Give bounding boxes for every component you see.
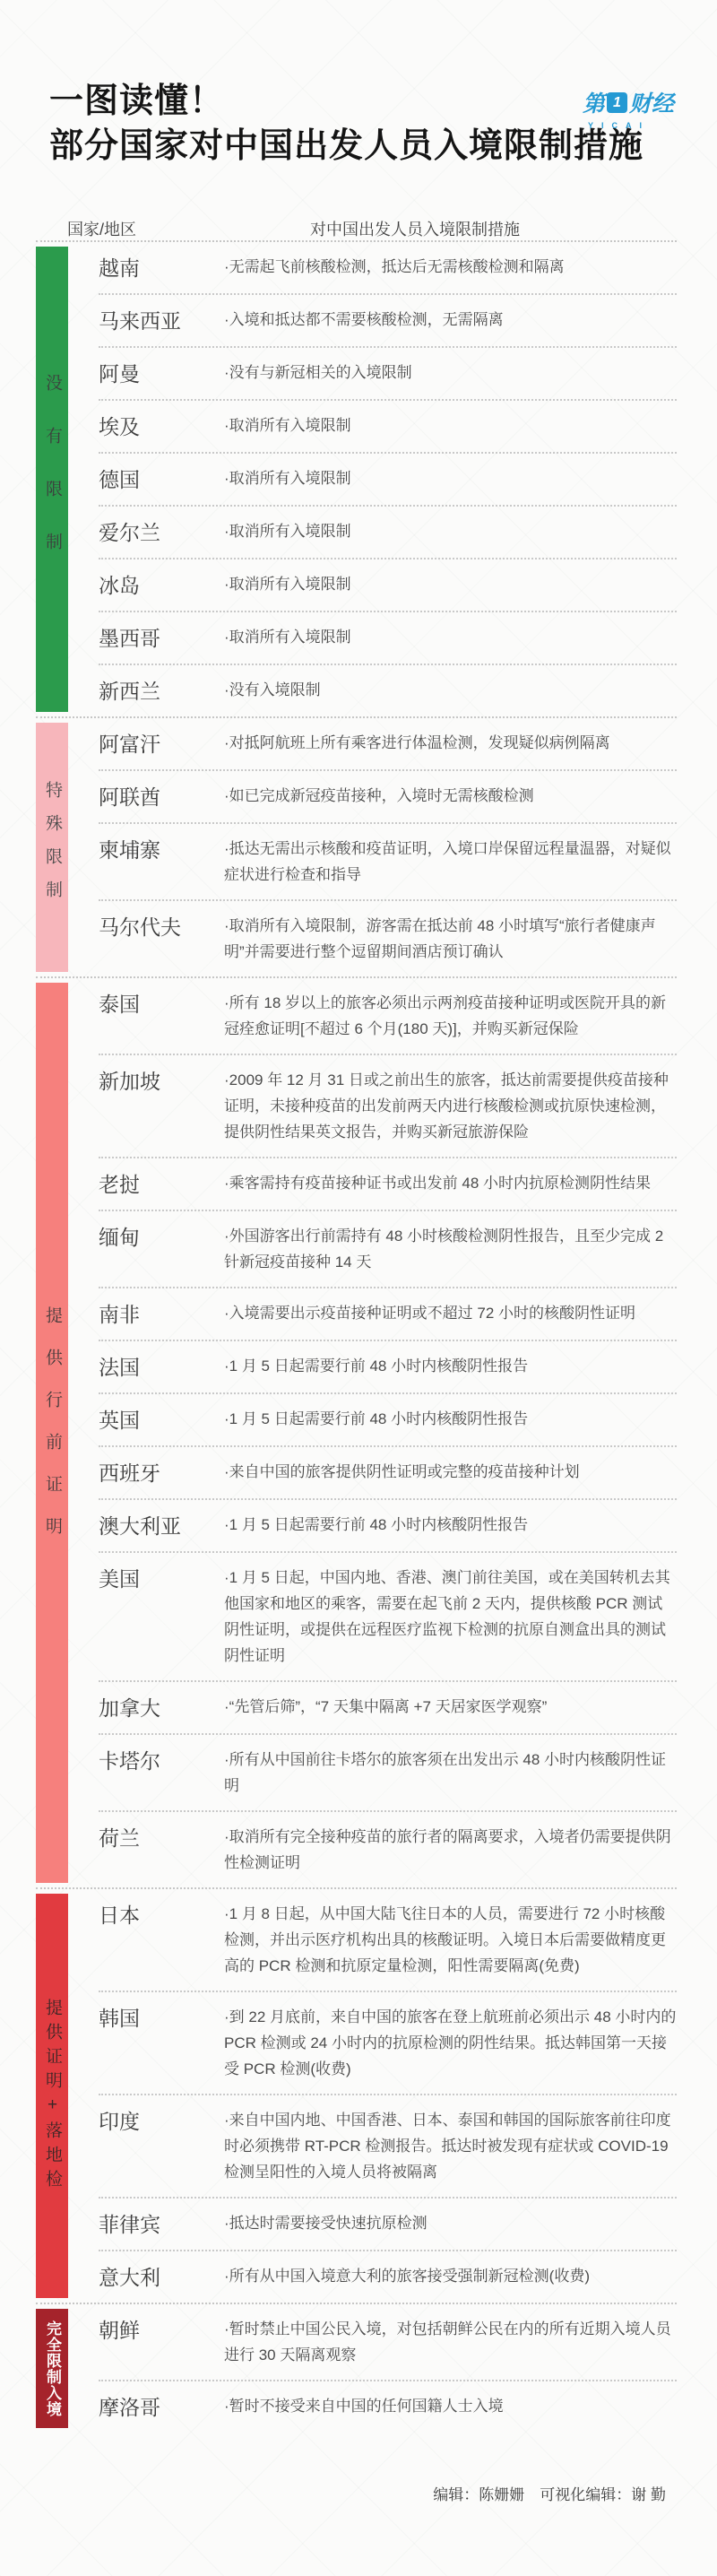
country-name: 阿曼 <box>99 360 224 387</box>
table-row: 爱尔兰·取消所有入境限制 <box>99 505 677 558</box>
table-row: 越南·无需起飞前核酸检测，抵达后无需核酸检测和隔离 <box>99 242 677 293</box>
restriction-desc: ·暂时禁止中国公民入境，对包括朝鲜公民在内的所有近期入境人员进行 30 天隔离观… <box>224 2316 677 2368</box>
restriction-desc: ·来自中国的旅客提供阴性证明或完整的疫苗接种计划 <box>224 1459 677 1485</box>
credits-text: 编辑：陈姗姗 可视化编辑：谢 勤 <box>433 2486 666 2503</box>
section-category-bar: 提供行前证明 <box>36 983 68 1883</box>
restriction-desc: ·到 22 月底前，来自中国的旅客在登上航班前必须出示 48 小时内的 PCR … <box>224 2004 677 2082</box>
table-row: 卡塔尔·所有从中国前往卡塔尔的旅客须在出发出示 48 小时内核酸阴性证明 <box>99 1733 677 1810</box>
country-name: 老挝 <box>99 1170 224 1198</box>
country-name: 埃及 <box>99 412 224 440</box>
table-row: 摩洛哥·暂时不接受来自中国的任何国籍人士入境 <box>99 2380 677 2433</box>
section-category-bar: 完全限制入境 <box>36 2309 68 2428</box>
restriction-desc: ·取消所有入境限制 <box>224 518 677 544</box>
restriction-desc: ·无需起飞前核酸检测，抵达后无需核酸检测和隔离 <box>224 254 677 280</box>
yicai-logo-text: 第 1 财经 <box>583 86 674 118</box>
country-name: 马尔代夫 <box>99 913 224 941</box>
restriction-desc: ·取消所有入境限制，游客需在抵达前 48 小时填写“旅行者健康声明”并需要进行整… <box>224 913 677 965</box>
country-name: 墨西哥 <box>99 624 224 652</box>
table-row: 老挝·乘客需持有疫苗接种证书或出发前 48 小时内抗原检测阴性结果 <box>99 1157 677 1210</box>
section-category-label: 提供行前证明 <box>36 1306 68 1559</box>
restriction-desc: ·抵达时需要接受快速抗原检测 <box>224 2210 677 2236</box>
header: 第 1 财经 YICAI 一图读懂！ 部分国家对中国出发人员入境限制措施 国家/… <box>0 0 717 240</box>
restriction-desc: ·1 月 5 日起需要行前 48 小时内核酸阴性报告 <box>224 1406 677 1432</box>
table-row: 西班牙·来自中国的旅客提供阴性证明或完整的疫苗接种计划 <box>99 1445 677 1498</box>
restriction-desc: ·入境和抵达都不需要核酸检测，无需隔离 <box>224 307 677 333</box>
country-name: 澳大利亚 <box>99 1512 224 1540</box>
section-category-label: 完全限制入境 <box>36 2320 68 2417</box>
country-name: 爱尔兰 <box>99 518 224 546</box>
country-name: 越南 <box>99 254 224 282</box>
table-row: 荷兰·取消所有完全接种疫苗的旅行者的隔离要求，入境者仍需要提供阴性检测证明 <box>99 1810 677 1887</box>
section-category-bar: 提供证明+落地检 <box>36 1894 68 2298</box>
table-row: 阿富汗·对抵阿航班上所有乘客进行体温检测，发现疑似病例隔离 <box>99 718 677 769</box>
country-name: 摩洛哥 <box>99 2393 224 2421</box>
restriction-desc: ·取消所有完全接种疫苗的旅行者的隔离要求，入境者仍需要提供阴性检测证明 <box>224 1824 677 1876</box>
table-row: 美国·1 月 5 日起，中国内地、香港、澳门前往美国，或在美国转机去其他国家和地… <box>99 1551 677 1680</box>
restriction-desc: ·来自中国内地、中国香港、日本、泰国和韩国的国际旅客前往印度时必须携带 RT-P… <box>224 2107 677 2185</box>
table-row: 柬埔寨·抵达无需出示核酸和疫苗证明，入境口岸保留远程量温器，对疑似症状进行检查和… <box>99 822 677 899</box>
country-name: 泰国 <box>99 990 224 1018</box>
section-category-bar: 没有限制 <box>36 247 68 712</box>
table-row: 印度·来自中国内地、中国香港、日本、泰国和韩国的国际旅客前往印度时必须携带 RT… <box>99 2094 677 2197</box>
country-name: 菲律宾 <box>99 2210 224 2238</box>
country-name: 柬埔寨 <box>99 836 224 863</box>
table-row: 南非·入境需要出示疫苗接种证明或不超过 72 小时的核酸阴性证明 <box>99 1287 677 1340</box>
table-row: 加拿大·“先管后筛”，“7 天集中隔离 +7 天居家医学观察” <box>99 1680 677 1733</box>
restriction-desc: ·对抵阿航班上所有乘客进行体温检测，发现疑似病例隔离 <box>224 730 677 756</box>
section-3: 提供行前证明泰国·所有 18 岁以上的旅客必须出示两剂疫苗接种证明或医院开具的新… <box>36 976 677 1887</box>
restriction-desc: ·取消所有入境限制 <box>224 412 677 438</box>
table-row: 泰国·所有 18 岁以上的旅客必须出示两剂疫苗接种证明或医院开具的新冠痊愈证明[… <box>99 978 677 1054</box>
country-name: 意大利 <box>99 2263 224 2291</box>
country-name: 印度 <box>99 2107 224 2135</box>
yicai-logo-subtext: YICAI <box>583 121 674 130</box>
section-category-label: 提供证明+落地检 <box>36 1999 68 2194</box>
logo-char-right: 财经 <box>629 86 674 118</box>
logo-mark-icon: 1 <box>607 92 627 113</box>
infographic-page: 第 1 财经 YICAI 一图读懂！ 部分国家对中国出发人员入境限制措施 国家/… <box>0 0 717 2576</box>
restriction-desc: ·外国游客出行前需持有 48 小时核酸检测阴性报告，且至少完成 2 针新冠疫苗接… <box>224 1223 677 1275</box>
title-line-2: 部分国家对中国出发人员入境限制措施 <box>49 124 677 169</box>
country-name: 冰岛 <box>99 571 224 599</box>
country-name: 马来西亚 <box>99 307 224 334</box>
country-name: 西班牙 <box>99 1459 224 1487</box>
column-header-measures: 对中国出发人员入境限制措施 <box>310 217 520 240</box>
table-row: 阿联酋·如已完成新冠疫苗接种，入境时无需核酸检测 <box>99 769 677 822</box>
country-name: 法国 <box>99 1353 224 1381</box>
country-name: 新西兰 <box>99 677 224 705</box>
table-row: 法国·1 月 5 日起需要行前 48 小时内核酸阴性报告 <box>99 1340 677 1392</box>
restriction-desc: ·所有从中国入境意大利的旅客接受强制新冠检测(收费) <box>224 2263 677 2289</box>
section-category-label: 特殊限制 <box>36 781 68 914</box>
column-header-country: 国家/地区 <box>67 217 136 240</box>
restriction-desc: ·没有与新冠相关的入境限制 <box>224 360 677 386</box>
table-row: 澳大利亚·1 月 5 日起需要行前 48 小时内核酸阴性报告 <box>99 1498 677 1551</box>
country-name: 英国 <box>99 1406 224 1434</box>
restriction-desc: ·乘客需持有疫苗接种证书或出发前 48 小时内抗原检测阴性结果 <box>224 1170 677 1196</box>
footer: 编辑：陈姗姗 可视化编辑：谢 勤 <box>0 2433 717 2576</box>
restriction-desc: ·1 月 5 日起，中国内地、香港、澳门前往美国，或在美国转机去其他国家和地区的… <box>224 1565 677 1669</box>
country-name: 卡塔尔 <box>99 1747 224 1774</box>
table-row: 埃及·取消所有入境限制 <box>99 399 677 452</box>
table-row: 阿曼·没有与新冠相关的入境限制 <box>99 346 677 399</box>
restriction-desc: ·如已完成新冠疫苗接种，入境时无需核酸检测 <box>224 783 677 809</box>
table-row: 意大利·所有从中国入境意大利的旅客接受强制新冠检测(收费) <box>99 2250 677 2303</box>
restriction-desc: ·所有从中国前往卡塔尔的旅客须在出发出示 48 小时内核酸阴性证明 <box>224 1747 677 1799</box>
section-5: 完全限制入境朝鲜·暂时禁止中国公民入境，对包括朝鲜公民在内的所有近期入境人员进行… <box>36 2303 677 2433</box>
restrictions-table: 没有限制越南·无需起飞前核酸检测，抵达后无需核酸检测和隔离马来西亚·入境和抵达都… <box>0 240 717 2433</box>
table-column-headers: 国家/地区 对中国出发人员入境限制措施 <box>49 217 677 240</box>
country-name: 荷兰 <box>99 1824 224 1852</box>
table-row: 马尔代夫·取消所有入境限制，游客需在抵达前 48 小时填写“旅行者健康声明”并需… <box>99 899 677 976</box>
section-category-bar: 特殊限制 <box>36 723 68 972</box>
country-name: 美国 <box>99 1565 224 1592</box>
country-name: 阿联酋 <box>99 783 224 811</box>
table-row: 德国·取消所有入境限制 <box>99 452 677 505</box>
section-4: 提供证明+落地检日本·1 月 8 日起，从中国大陆飞往日本的人员，需要进行 72… <box>36 1887 677 2303</box>
table-row: 朝鲜·暂时禁止中国公民入境，对包括朝鲜公民在内的所有近期入境人员进行 30 天隔… <box>99 2304 677 2380</box>
table-row: 马来西亚·入境和抵达都不需要核酸检测，无需隔离 <box>99 293 677 346</box>
restriction-desc: ·暂时不接受来自中国的任何国籍人士入境 <box>224 2393 677 2419</box>
table-row: 缅甸·外国游客出行前需持有 48 小时核酸检测阴性报告，且至少完成 2 针新冠疫… <box>99 1210 677 1287</box>
restriction-desc: ·没有入境限制 <box>224 677 677 703</box>
country-name: 南非 <box>99 1300 224 1328</box>
table-row: 日本·1 月 8 日起，从中国大陆飞往日本的人员，需要进行 72 小时核酸检测，… <box>99 1889 677 1991</box>
country-name: 德国 <box>99 465 224 493</box>
restriction-desc: ·所有 18 岁以上的旅客必须出示两剂疫苗接种证明或医院开具的新冠痊愈证明[不超… <box>224 990 677 1042</box>
restriction-desc: ·1 月 5 日起需要行前 48 小时内核酸阴性报告 <box>224 1512 677 1538</box>
table-row: 英国·1 月 5 日起需要行前 48 小时内核酸阴性报告 <box>99 1392 677 1445</box>
table-row: 墨西哥·取消所有入境限制 <box>99 611 677 664</box>
restriction-desc: ·入境需要出示疫苗接种证明或不超过 72 小时的核酸阴性证明 <box>224 1300 677 1326</box>
country-name: 缅甸 <box>99 1223 224 1251</box>
country-name: 朝鲜 <box>99 2316 224 2344</box>
restriction-desc: ·取消所有入境限制 <box>224 465 677 491</box>
restriction-desc: ·取消所有入境限制 <box>224 571 677 597</box>
yicai-logo: 第 1 财经 YICAI <box>583 86 674 130</box>
country-name: 阿富汗 <box>99 730 224 758</box>
restriction-desc: ·“先管后筛”，“7 天集中隔离 +7 天居家医学观察” <box>224 1694 677 1720</box>
table-row: 冰岛·取消所有入境限制 <box>99 558 677 611</box>
restriction-desc: ·2009 年 12 月 31 日或之前出生的旅客，抵达前需要提供疫苗接种证明，… <box>224 1067 677 1145</box>
table-row: 新加坡·2009 年 12 月 31 日或之前出生的旅客，抵达前需要提供疫苗接种… <box>99 1054 677 1157</box>
table-row: 菲律宾·抵达时需要接受快速抗原检测 <box>99 2197 677 2250</box>
country-name: 韩国 <box>99 2004 224 2032</box>
section-2: 特殊限制阿富汗·对抵阿航班上所有乘客进行体温检测，发现疑似病例隔离阿联酋·如已完… <box>36 716 677 976</box>
restriction-desc: ·1 月 8 日起，从中国大陆飞往日本的人员，需要进行 72 小时核酸检测，并出… <box>224 1901 677 1979</box>
restriction-desc: ·1 月 5 日起需要行前 48 小时内核酸阴性报告 <box>224 1353 677 1379</box>
country-name: 日本 <box>99 1901 224 1929</box>
table-row: 韩国·到 22 月底前，来自中国的旅客在登上航班前必须出示 48 小时内的 PC… <box>99 1991 677 2094</box>
country-name: 新加坡 <box>99 1067 224 1095</box>
section-1: 没有限制越南·无需起飞前核酸检测，抵达后无需核酸检测和隔离马来西亚·入境和抵达都… <box>36 240 677 716</box>
section-category-label: 没有限制 <box>36 374 68 585</box>
country-name: 加拿大 <box>99 1694 224 1722</box>
restriction-desc: ·抵达无需出示核酸和疫苗证明，入境口岸保留远程量温器，对疑似症状进行检查和指导 <box>224 836 677 888</box>
table-row: 新西兰·没有入境限制 <box>99 664 677 716</box>
restriction-desc: ·取消所有入境限制 <box>224 624 677 650</box>
logo-char-left: 第 <box>583 86 605 118</box>
